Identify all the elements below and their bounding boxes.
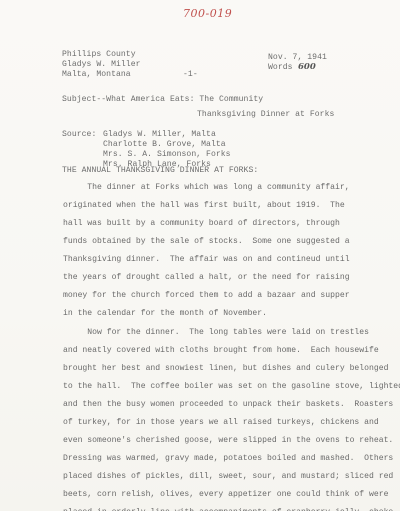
- body-line: money for the church forced them to add …: [63, 291, 350, 301]
- body-line: of turkey, for in those years we all rai…: [63, 418, 379, 428]
- page-number: -1-: [183, 70, 198, 80]
- body-line: even someone's cherished goose, were sli…: [63, 436, 393, 446]
- body-line: Dressing was warmed, gravy made, potatoe…: [63, 454, 393, 464]
- source-name: Mrs. S. A. Simonson, Forks: [103, 150, 231, 160]
- source-name: Charlotte B. Grove, Malta: [103, 140, 226, 150]
- body-line: originated when the hall was first built…: [63, 201, 345, 211]
- body-line: and then the busy women proceeded to unp…: [63, 400, 393, 410]
- subject-line-2: Thanksgiving Dinner at Forks: [197, 110, 334, 120]
- body-line: The dinner at Forks which was long a com…: [63, 183, 350, 193]
- body-line: Thanksgiving dinner. The affair was on a…: [63, 255, 350, 265]
- body-line: brought her best and snowiest linen, but…: [63, 364, 388, 374]
- body-line: in the calendar for the month of Novembe…: [63, 309, 267, 319]
- header-words-label: Words: [268, 63, 293, 73]
- body-line: to the hall. The coffee boiler was set o…: [63, 382, 400, 392]
- body-line: beets, corn relish, olives, every appeti…: [63, 490, 388, 500]
- document-page: 700-019 Phillips County Gladys W. Miller…: [0, 0, 400, 511]
- source-label: Source:: [62, 130, 96, 140]
- header-author: Gladys W. Miller: [62, 60, 141, 70]
- catalog-number: 700-019: [183, 7, 232, 20]
- source-name: Gladys W. Miller, Malta: [103, 130, 216, 140]
- body-line: the years of drought called a halt, or t…: [63, 273, 350, 283]
- body-line: funds obtained by the sale of stocks. So…: [63, 237, 350, 247]
- body-line: Now for the dinner. The long tables were…: [63, 328, 369, 338]
- subject-line-1: Subject--What America Eats: The Communit…: [62, 95, 263, 105]
- header-words-value: 600: [298, 62, 316, 72]
- header-county: Phillips County: [62, 50, 136, 60]
- body-line: hall was built by a community board of d…: [63, 219, 340, 229]
- header-location: Malta, Montana: [62, 70, 131, 80]
- body-line: placed dishes of pickles, dill, sweet, s…: [63, 472, 393, 482]
- body-line: and neatly covered with cloths brought f…: [63, 346, 379, 356]
- section-heading: THE ANNUAL THANKSGIVING DINNER AT FORKS:: [62, 166, 258, 176]
